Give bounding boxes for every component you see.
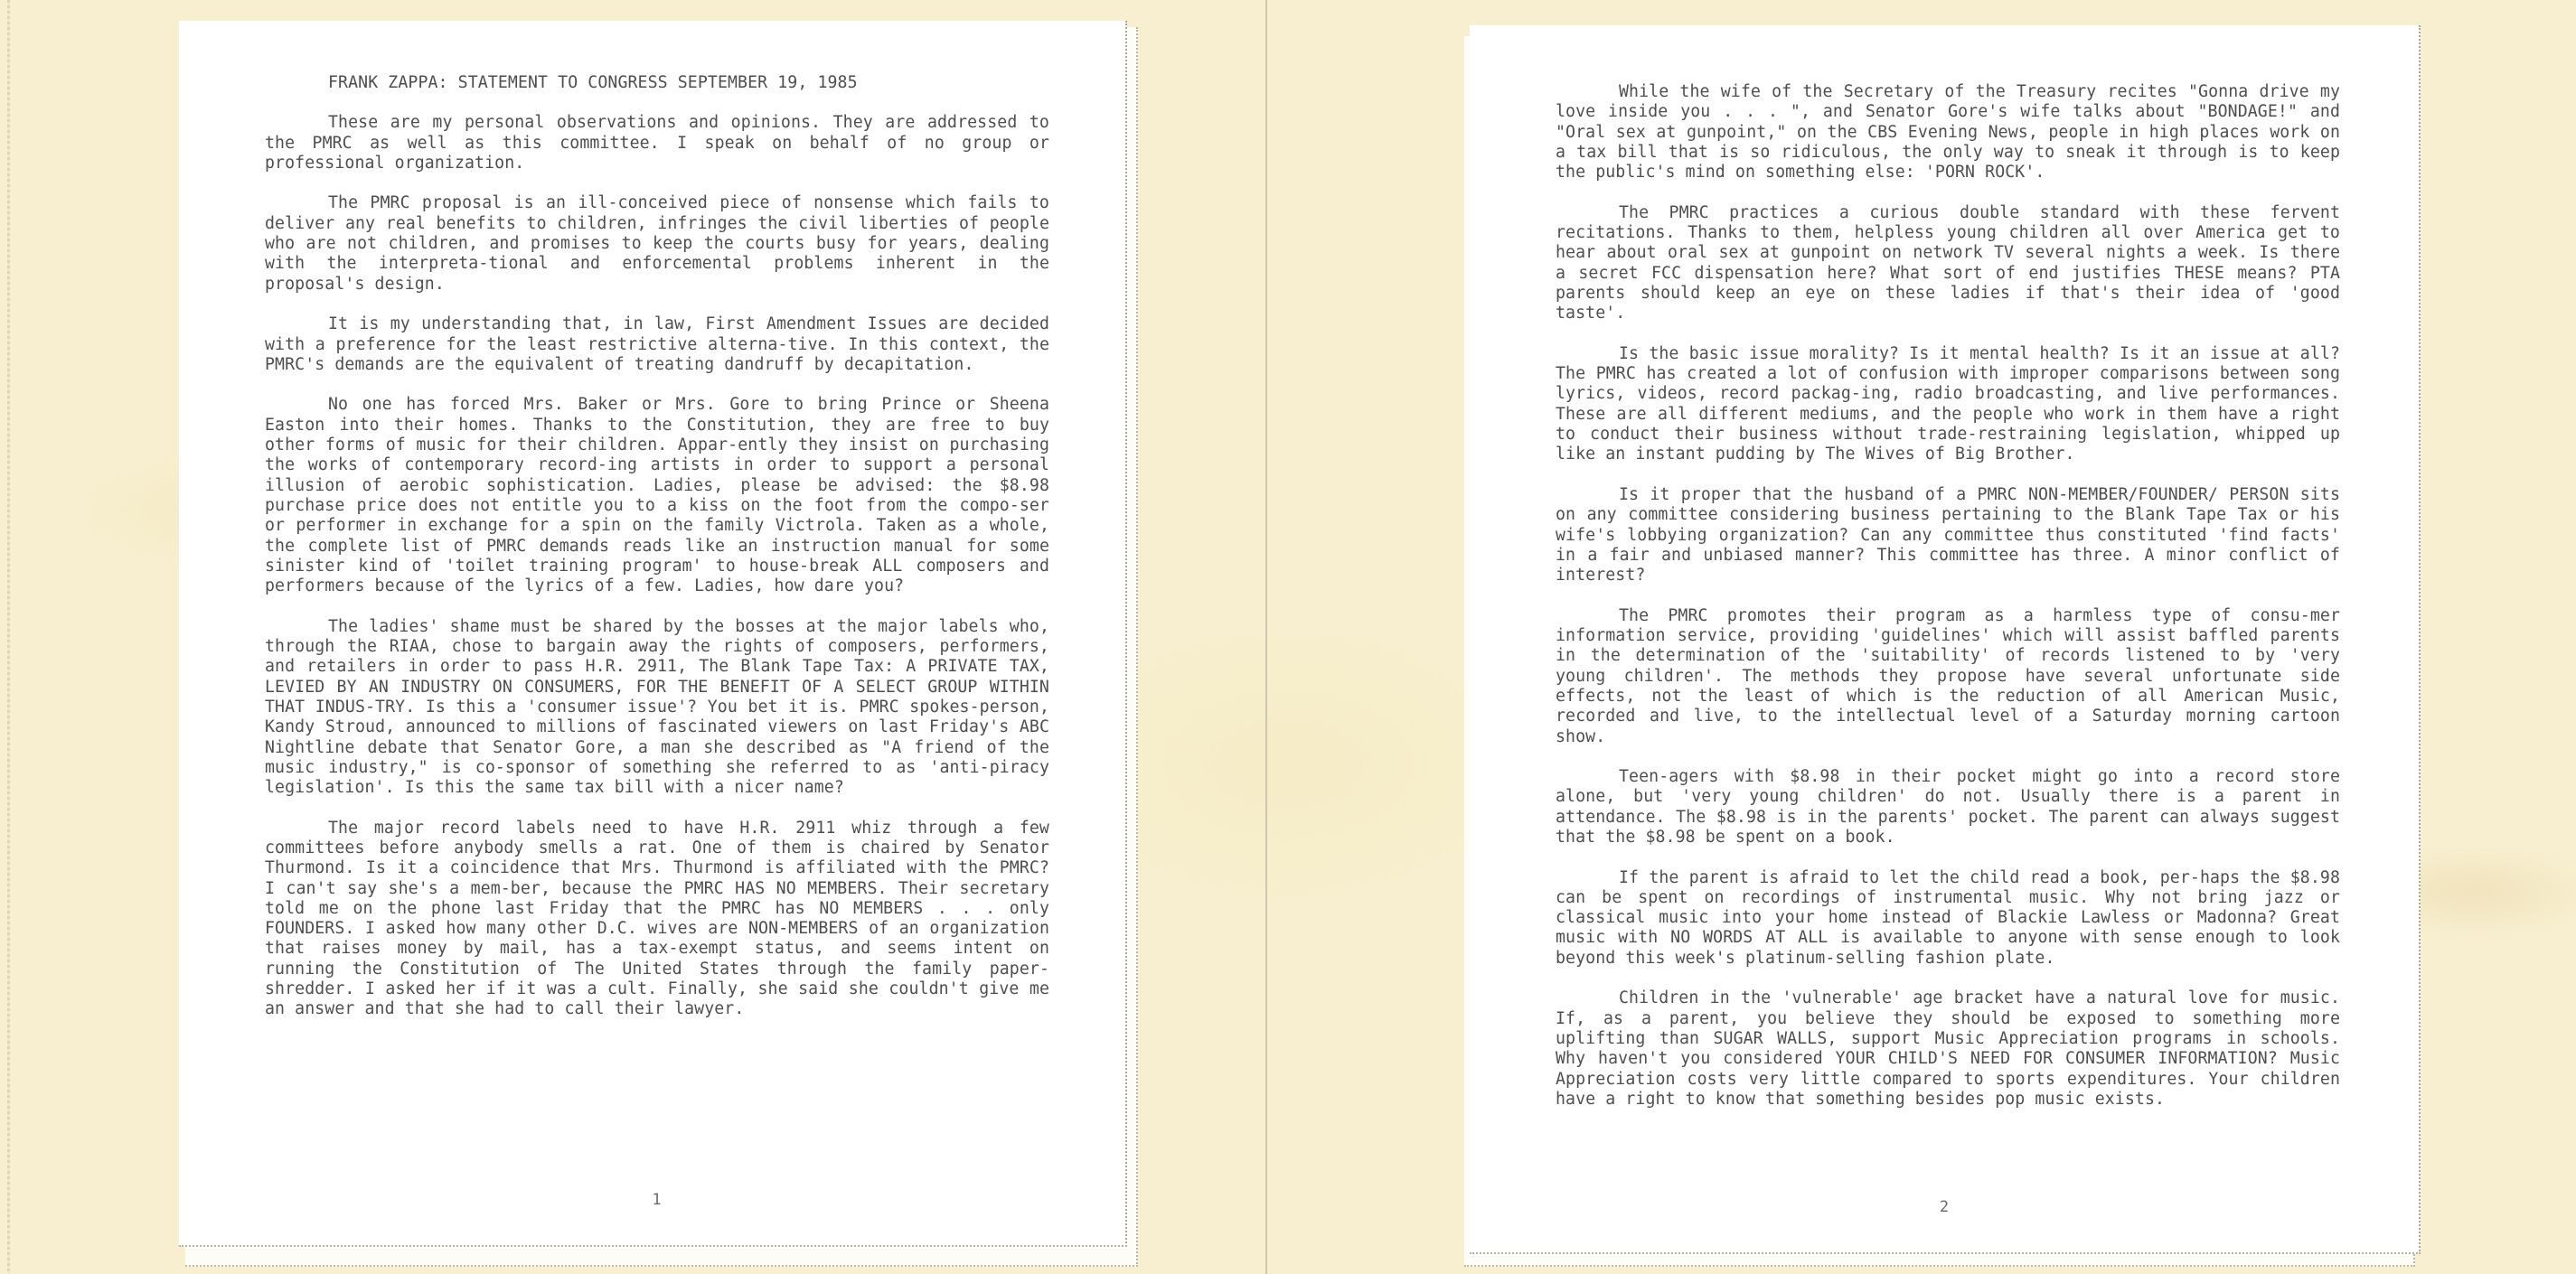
gutter-fold-line	[1265, 0, 1267, 1274]
page-2-content: While the wife of the Secretary of the T…	[1556, 82, 2340, 1129]
page-1: FRANK ZAPPA: STATEMENT TO CONGRESS SEPTE…	[179, 21, 1127, 1247]
paragraph: Teen-agers with $8.98 in their pocket mi…	[1556, 767, 2340, 848]
paragraph: No one has forced Mrs. Baker or Mrs. Gor…	[265, 395, 1049, 596]
page-1-content: FRANK ZAPPA: STATEMENT TO CONGRESS SEPTE…	[265, 73, 1049, 1040]
paragraph: Children in the 'vulnerable' age bracket…	[1556, 988, 2340, 1110]
paragraph: Is it proper that the husband of a PMRC …	[1556, 485, 2340, 585]
paragraph: If the parent is afraid to let the child…	[1556, 868, 2340, 969]
document-title: FRANK ZAPPA: STATEMENT TO CONGRESS SEPTE…	[265, 73, 1049, 93]
paragraph: The PMRC practices a curious double stan…	[1556, 203, 2340, 324]
page-2: While the wife of the Secretary of the T…	[1470, 25, 2421, 1254]
binding-edge	[7, 0, 10, 1274]
paragraph: Is the basic issue morality? Is it menta…	[1556, 344, 2340, 465]
page-number: 2	[1470, 1198, 2419, 1216]
paragraph: The PMRC promotes their program as a har…	[1556, 606, 2340, 747]
paragraph: It is my understanding that, in law, Fir…	[265, 314, 1049, 375]
paragraph: The ladies' shame must be shared by the …	[265, 617, 1049, 799]
paragraph: These are my personal observations and o…	[265, 113, 1049, 173]
page-number: 1	[179, 1191, 1125, 1209]
paragraph: The PMRC proposal is an ill-conceived pi…	[265, 193, 1049, 294]
paragraph: The major record labels need to have H.R…	[265, 819, 1049, 1020]
paragraph: While the wife of the Secretary of the T…	[1556, 82, 2340, 183]
